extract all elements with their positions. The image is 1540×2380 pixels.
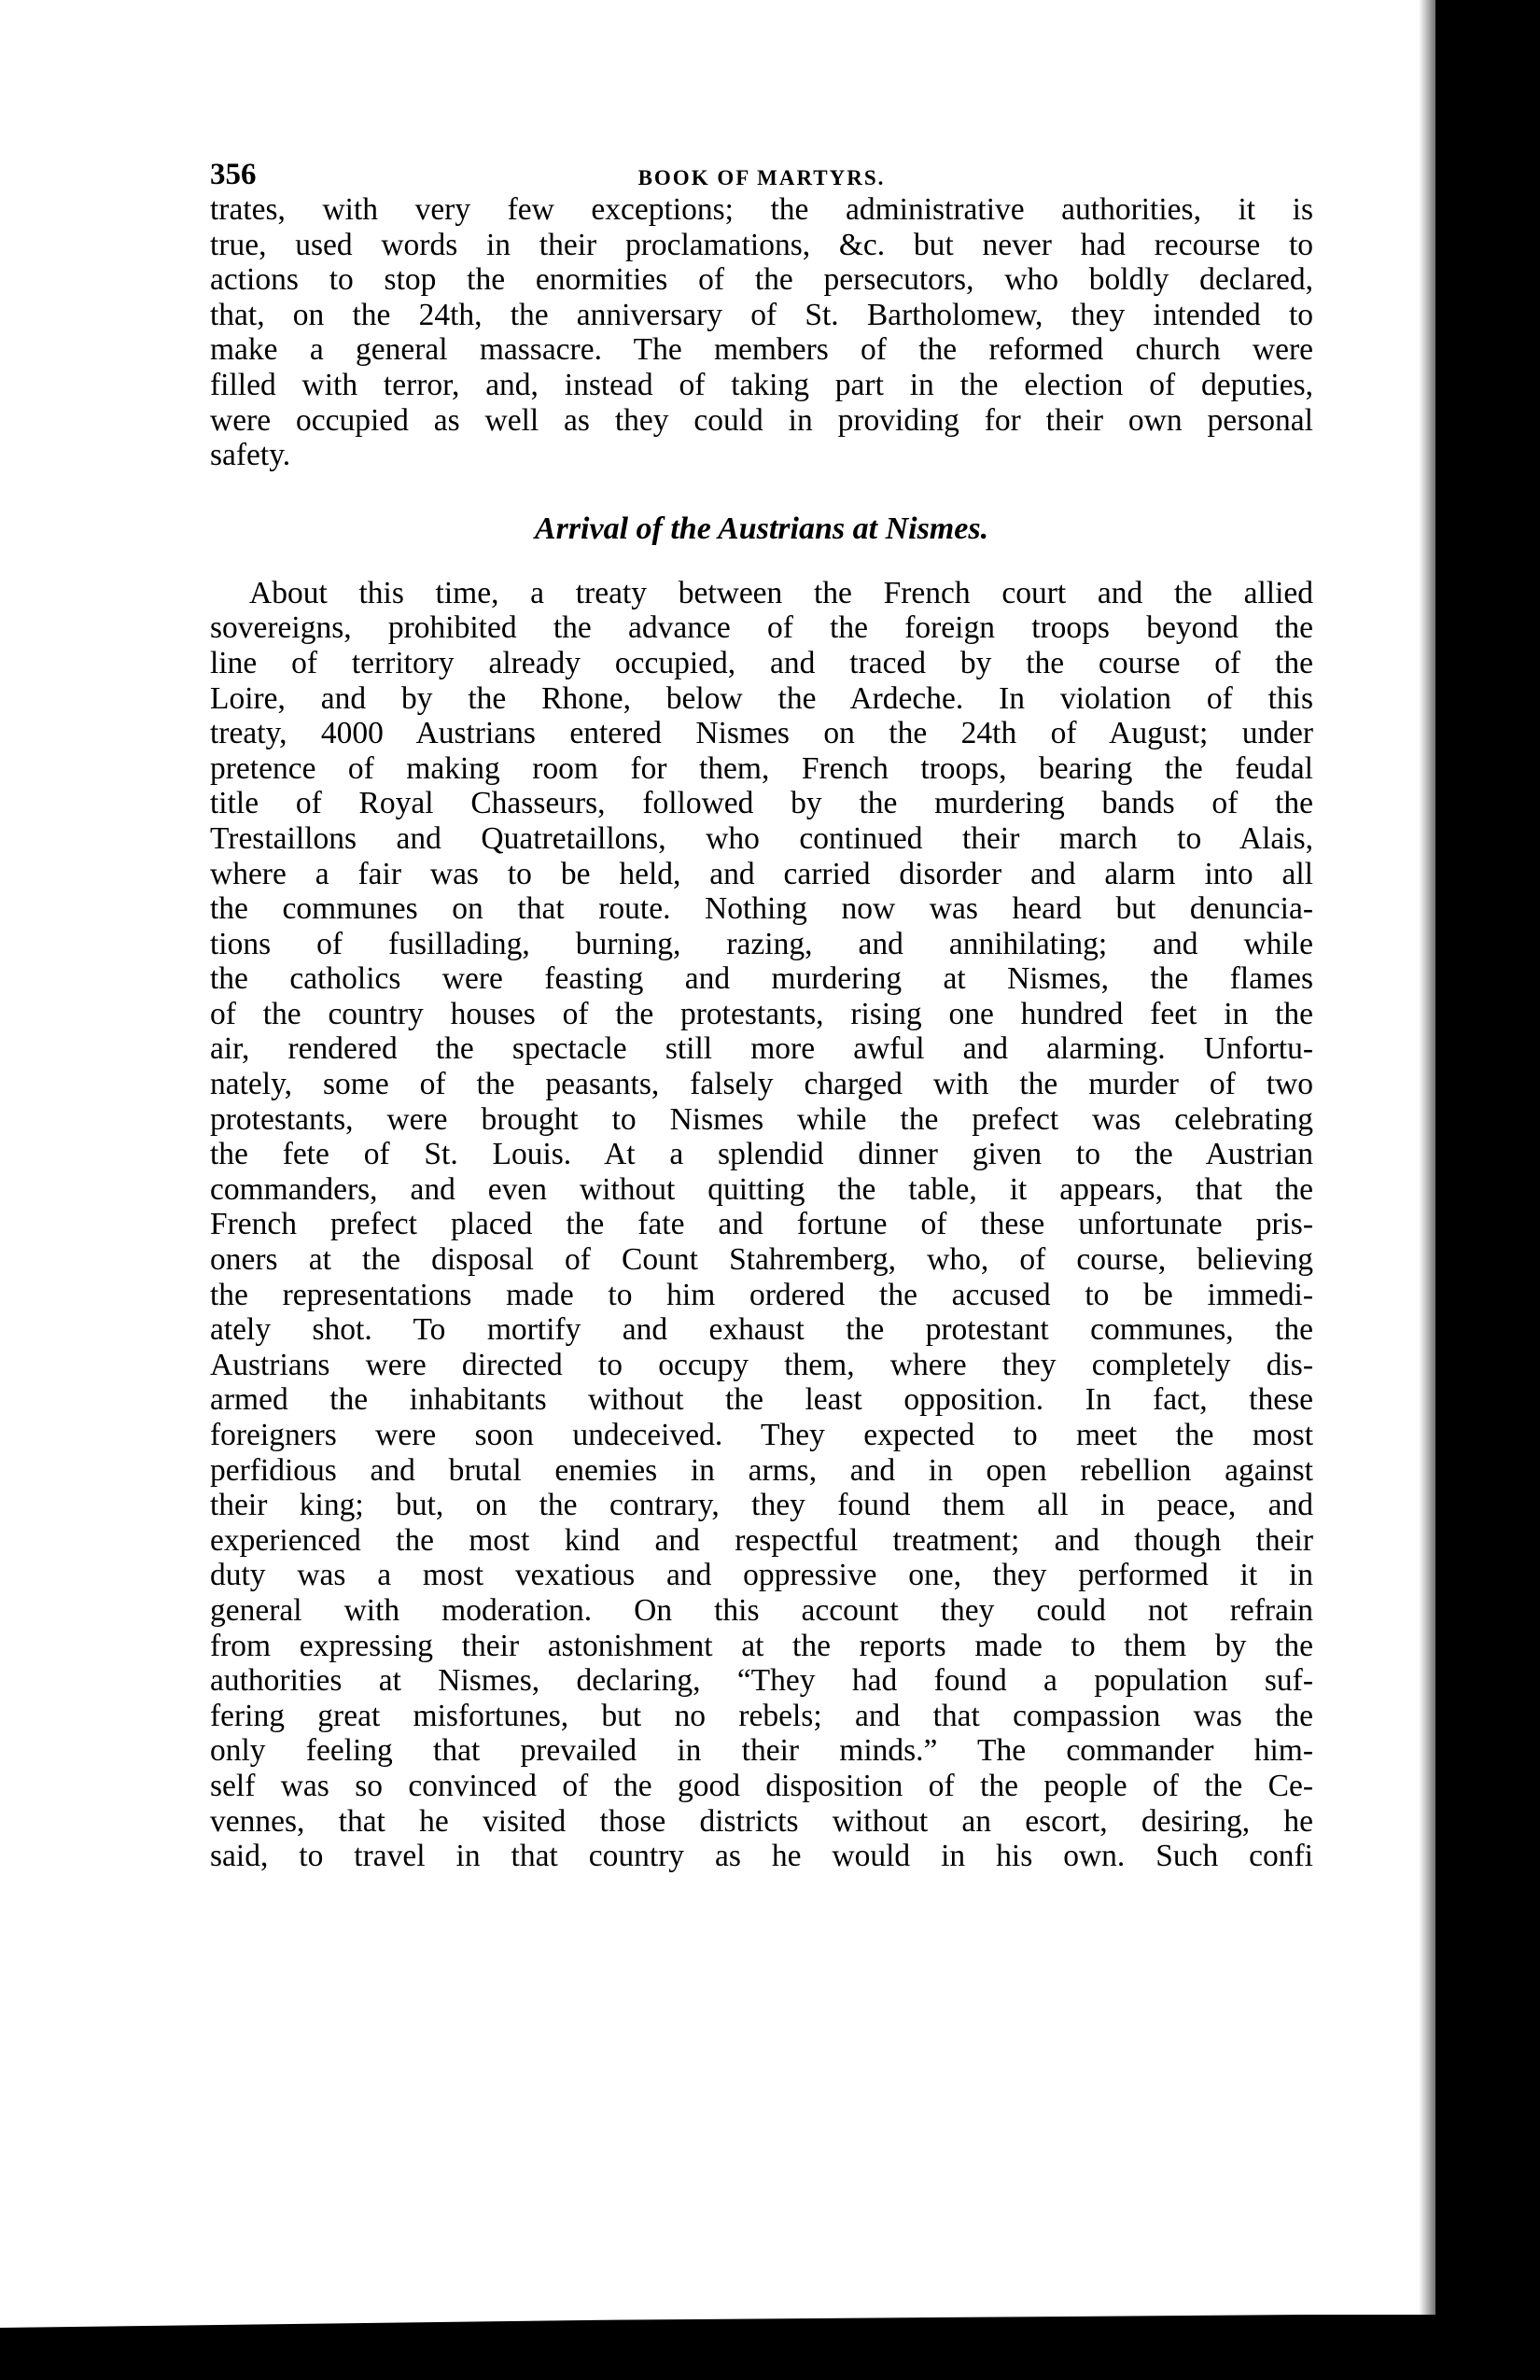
text-line: nately, some of the peasants, falsely ch… bbox=[210, 1067, 1313, 1102]
text-line: that, on the 24th, the anniversary of St… bbox=[210, 298, 1313, 333]
text-line: the fete of St. Louis. At a splendid din… bbox=[210, 1137, 1313, 1172]
text-line: authorities at Nismes, declaring, “They … bbox=[210, 1663, 1313, 1699]
text-line: from expressing their astonishment at th… bbox=[210, 1629, 1313, 1664]
text-line: pretence of making room for them, French… bbox=[210, 751, 1313, 787]
running-head: 356 BOOK OF MARTYRS. bbox=[210, 157, 1313, 192]
text-line: their king; but, on the contrary, they f… bbox=[210, 1488, 1313, 1523]
text-line: armed the inhabitants without the least … bbox=[210, 1382, 1313, 1418]
text-line: said, to travel in that country as he wo… bbox=[210, 1839, 1313, 1874]
text-line: trates, with very few exceptions; the ad… bbox=[210, 192, 1313, 228]
text-line: Loire, and by the Rhone, below the Ardec… bbox=[210, 681, 1313, 717]
section-heading: Arrival of the Austrians at Nismes. bbox=[210, 511, 1313, 548]
text-line: the catholics were feasting and murderin… bbox=[210, 961, 1313, 997]
text-line: the representations made to him ordered … bbox=[210, 1278, 1313, 1313]
text-line: where a fair was to be held, and carried… bbox=[210, 857, 1313, 892]
text-line: French prefect placed the fate and fortu… bbox=[210, 1207, 1313, 1242]
text-line: line of territory already occupied, and … bbox=[210, 646, 1313, 681]
text-line: Trestaillons and Quatretaillons, who con… bbox=[210, 821, 1313, 857]
text-line: duty was a most vexatious and oppressive… bbox=[210, 1558, 1313, 1593]
text-line: title of Royal Chasseurs, followed by th… bbox=[210, 786, 1313, 821]
text-line: protestants, were brought to Nismes whil… bbox=[210, 1102, 1313, 1138]
paragraph-1: trates, with very few exceptions; the ad… bbox=[210, 192, 1313, 473]
book-page: 356 BOOK OF MARTYRS. trates, with very f… bbox=[210, 157, 1313, 1874]
scan-edge-bottom bbox=[0, 2315, 1540, 2380]
text-line: sovereigns, prohibited the advance of th… bbox=[210, 610, 1313, 646]
text-line: true, used words in their proclamations,… bbox=[210, 228, 1313, 263]
text-line: foreigners were soon undeceived. They ex… bbox=[210, 1418, 1313, 1453]
text-line: self was so convinced of the good dispos… bbox=[210, 1769, 1313, 1804]
text-line: About this time, a treaty between the Fr… bbox=[210, 576, 1313, 611]
text-line: of the country houses of the protestants… bbox=[210, 997, 1313, 1032]
text-line: experienced the most kind and respectful… bbox=[210, 1523, 1313, 1559]
text-line: air, rendered the spectacle still more a… bbox=[210, 1031, 1313, 1067]
scan-edge-right bbox=[1435, 0, 1540, 2380]
text-line: fering great misfortunes, but no rebels;… bbox=[210, 1699, 1313, 1734]
text-line: the communes on that route. Nothing now … bbox=[210, 891, 1313, 927]
text-line: commanders, and even without quitting th… bbox=[210, 1172, 1313, 1208]
text-line: treaty, 4000 Austrians entered Nismes on… bbox=[210, 716, 1313, 751]
text-line: general with moderation. On this account… bbox=[210, 1593, 1313, 1629]
text-line: actions to stop the enormities of the pe… bbox=[210, 262, 1313, 298]
text-line: were occupied as well as they could in p… bbox=[210, 403, 1313, 439]
text-line: perfidious and brutal enemies in arms, a… bbox=[210, 1453, 1313, 1489]
text-line: safety. bbox=[210, 438, 1313, 473]
text-line: Austrians were directed to occupy them, … bbox=[210, 1348, 1313, 1383]
running-title: BOOK OF MARTYRS. bbox=[210, 161, 1313, 196]
text-line: vennes, that he visited those districts … bbox=[210, 1804, 1313, 1840]
text-line: filled with terror, and, instead of taki… bbox=[210, 368, 1313, 403]
text-line: make a general massacre. The members of … bbox=[210, 332, 1313, 368]
text-line: tions of fusillading, burning, razing, a… bbox=[210, 927, 1313, 962]
text-line: ately shot. To mortify and exhaust the p… bbox=[210, 1312, 1313, 1348]
text-line: only feeling that prevailed in their min… bbox=[210, 1733, 1313, 1769]
paragraph-2: About this time, a treaty between the Fr… bbox=[210, 576, 1313, 1874]
text-line: oners at the disposal of Count Stahrembe… bbox=[210, 1242, 1313, 1278]
